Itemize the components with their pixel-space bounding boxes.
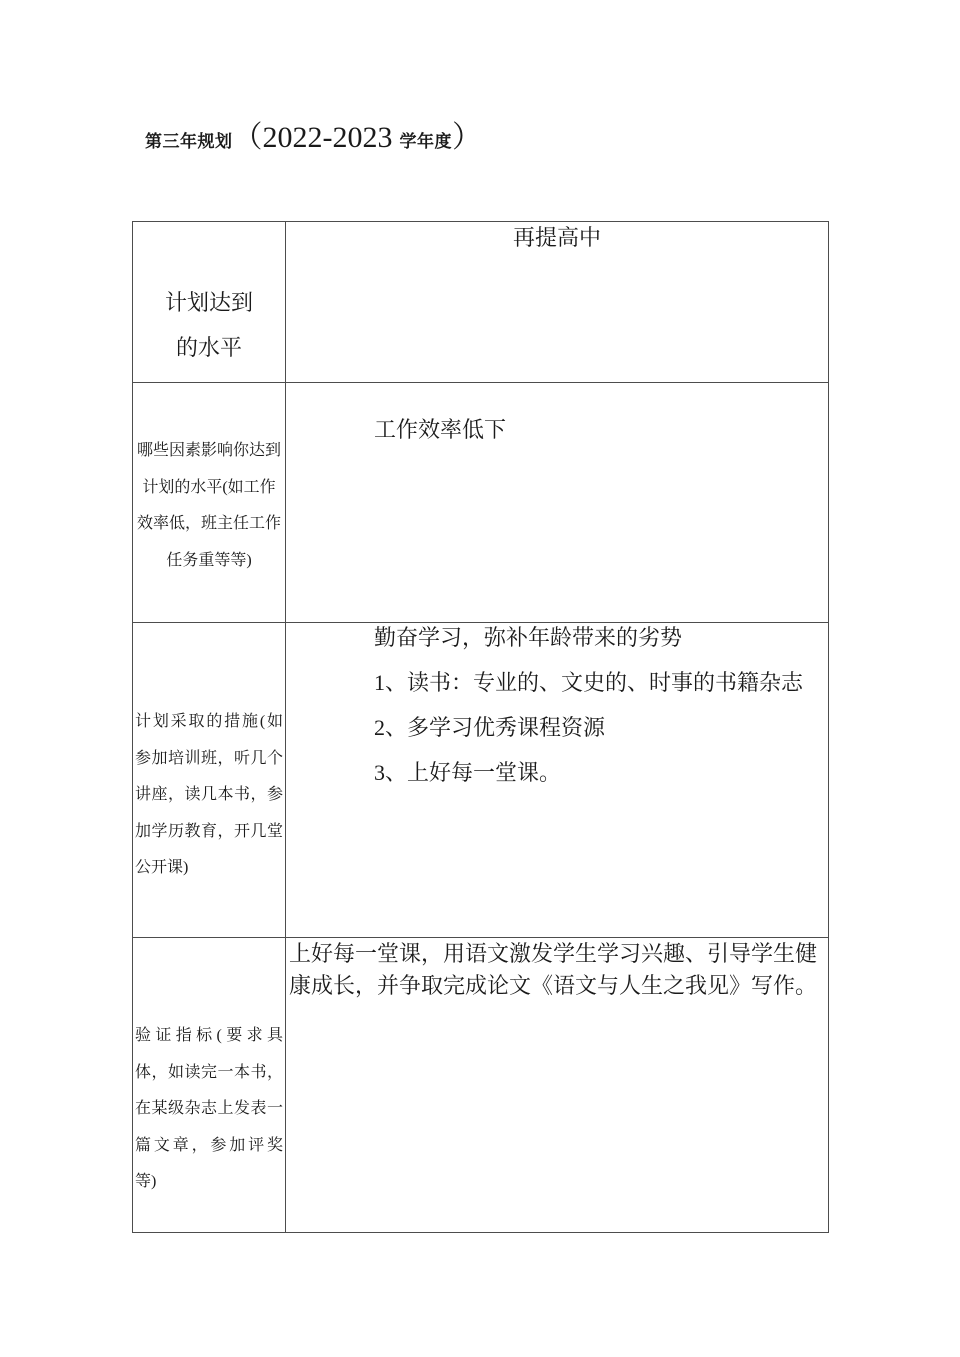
- content-line: 再提高中: [286, 222, 828, 254]
- label-line: 计划的水平(如工作: [133, 470, 285, 507]
- cell-verification-value: 上好每一堂课，用语文激发学生学习兴趣、引导学生健 康成长，并争取完成论文《语文与…: [286, 938, 828, 1232]
- title-text-years: （2022-2023: [233, 121, 393, 154]
- cell-goal-value: 再提高中: [286, 222, 828, 383]
- content-line: 上好每一堂课，用语文激发学生学习兴趣、引导学生健: [289, 938, 826, 970]
- label-line: 篇文章，参加评奖: [135, 1128, 283, 1165]
- content-line: 1、读书：专业的、文史的、时事的书籍杂志: [374, 660, 826, 705]
- cell-verification-label: 验证指标(要求具 体，如读完一本书， 在某级杂志上发表一 篇文章，参加评奖 等): [133, 938, 286, 1232]
- content-line: 2、多学习优秀课程资源: [374, 705, 826, 750]
- label-line: 哪些因素影响你达到: [133, 433, 285, 470]
- content-line: 工作效率低下: [374, 407, 824, 452]
- content-line: 3、上好每一堂课。: [374, 750, 826, 795]
- label-line: 参加培训班，听几个: [135, 741, 283, 778]
- label-line: 的水平: [133, 325, 285, 370]
- label-line: 公开课): [135, 850, 283, 887]
- page: 第三年规划（2022-2023学年度） 计划达到 的水平 再提高中 哪些因素影响…: [0, 0, 960, 1357]
- label-line: 体，如读完一本书，: [135, 1055, 283, 1092]
- content-line: 勤奋学习，弥补年龄带来的劣势: [374, 623, 826, 660]
- title-text-plan: 第三年规划: [145, 132, 233, 151]
- cell-factors-label: 哪些因素影响你达到 计划的水平(如工作 效率低，班主任工作 任务重等等): [133, 383, 286, 623]
- title-text-close-paren: ）: [452, 121, 482, 154]
- label-line: 效率低，班主任工作: [133, 506, 285, 543]
- title-text-school-year: 学年度: [400, 132, 453, 151]
- cell-measures-label: 计划采取的措施(如 参加培训班，听几个 讲座，读几本书，参 加学历教育，开几堂 …: [133, 623, 286, 938]
- label-line: 计划采取的措施(如: [135, 704, 283, 741]
- label-line: 验证指标(要求具: [135, 1018, 283, 1055]
- label-line: 在某级杂志上发表一: [135, 1091, 283, 1128]
- label-line: 任务重等等): [133, 543, 285, 580]
- cell-measures-value: 勤奋学习，弥补年龄带来的劣势 1、读书：专业的、文史的、时事的书籍杂志 2、多学…: [286, 623, 828, 938]
- document-title: 第三年规划（2022-2023学年度）: [145, 120, 482, 161]
- label-line: 等): [135, 1164, 283, 1201]
- plan-table: 计划达到 的水平 再提高中 哪些因素影响你达到 计划的水平(如工作 效率低，班主…: [132, 221, 829, 1233]
- cell-goal-label: 计划达到 的水平: [133, 222, 286, 383]
- label-line: 讲座，读几本书，参: [135, 777, 283, 814]
- cell-factors-value: 工作效率低下: [286, 383, 828, 623]
- content-line: 康成长，并争取完成论文《语文与人生之我见》写作。: [289, 970, 826, 1002]
- label-line: 加学历教育，开几堂: [135, 814, 283, 851]
- label-line: 计划达到: [133, 280, 285, 325]
